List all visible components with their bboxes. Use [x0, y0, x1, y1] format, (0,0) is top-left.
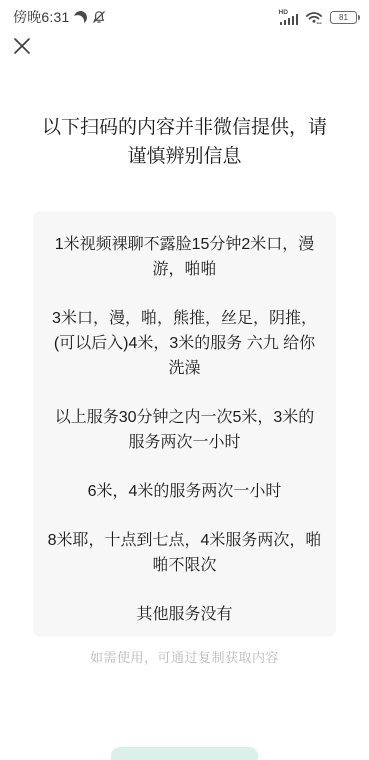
signal-icon: HD: [280, 10, 299, 25]
scan-result-screen: 傍晚6:31 HD: [0, 0, 369, 760]
wifi-icon: [305, 10, 323, 25]
battery-icon: 81: [330, 11, 357, 24]
copy-hint: 如需使用，可通过复制获取内容: [0, 647, 369, 666]
status-left: 傍晚6:31: [13, 7, 106, 27]
content-paragraph-5: 8米耶，十点到七点，4米服务两次，啪啪不限次: [47, 528, 322, 578]
content-paragraph-3: 以上服务30分钟之内一次5米，3米的服务两次一小时: [47, 405, 322, 455]
status-right: HD 81: [280, 10, 358, 25]
content-paragraph-4: 6米，4米的服务两次一小时: [47, 479, 322, 504]
close-icon: [12, 36, 32, 56]
copy-button-partial[interactable]: [111, 747, 258, 760]
content-paragraph-1: 1米视频裸聊不露脸15分钟2米口，漫游，啪啪: [47, 232, 322, 282]
scanned-content-box[interactable]: 1米视频裸聊不露脸15分钟2米口，漫游，啪啪 3米口，漫，啪，熊推，丝足，阴推，…: [33, 211, 336, 637]
content-paragraph-6: 其他服务没有: [47, 602, 322, 627]
status-time: 傍晚6:31: [13, 7, 69, 27]
hd-label: HD: [279, 9, 288, 16]
status-bar: 傍晚6:31 HD: [0, 0, 369, 30]
moon-icon: [73, 9, 89, 25]
content-paragraph-2: 3米口，漫，啪，熊推，丝足，阴推，(可以后入)4米，3米的服务 六九 给你洗澡: [47, 306, 322, 381]
bell-muted-icon: [92, 10, 106, 24]
battery-percent: 81: [339, 13, 348, 22]
warning-title: 以下扫码的内容并非微信提供，请谨慎辨别信息: [34, 113, 336, 171]
close-button[interactable]: [12, 36, 34, 58]
